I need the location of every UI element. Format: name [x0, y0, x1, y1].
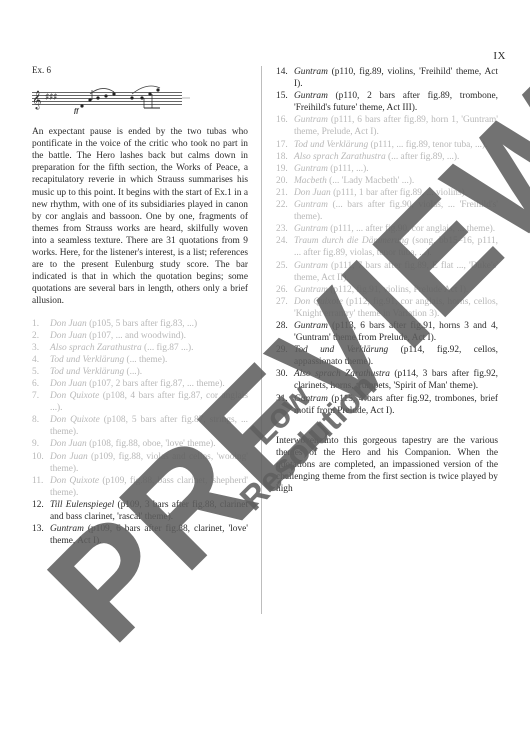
list-item: 15.Guntram (p110, 2 bars after fig.89, t…	[276, 90, 498, 114]
list-item: 26.Guntram (p112, fig.91, violins, Prelu…	[276, 284, 498, 296]
list-item: 6.Don Juan (p107, 2 bars after fig.87, .…	[32, 378, 248, 390]
intro-paragraph: An expectant pause is ended by the two t…	[32, 126, 248, 307]
list-item: 14.Guntram (p110, fig.89, violins, 'Frei…	[276, 66, 498, 90]
page-number: IX	[493, 50, 506, 62]
column-divider	[261, 66, 262, 614]
list-item: 7.Don Quixote (p108, 4 bars after fig.87…	[32, 390, 248, 414]
svg-text:♯♯♯: ♯♯♯	[45, 92, 57, 101]
music-notation-excerpt-icon: 𝄞 ♯♯♯ ff	[32, 80, 202, 114]
list-item: 11.Don Quixote (p109, fig.88, bass clari…	[32, 475, 248, 499]
quotation-list-right: 14.Guntram (p110, fig.89, violins, 'Frei…	[276, 66, 498, 417]
list-item: 8.Don Quixote (p108, 5 bars after fig.87…	[32, 414, 248, 438]
list-item: 16.Guntram (p111, 6 bars after fig.89, h…	[276, 114, 498, 138]
list-item: 18.Also sprach Zarathustra (... after fi…	[276, 151, 498, 163]
list-item: 23.Guntram (p111, ... after fig.90, cor …	[276, 223, 498, 235]
closing-paragraph: Interwoven into this gorgeous tapestry a…	[276, 435, 498, 495]
list-item: 13.Guntram (p109, 6 bars after fig.88, c…	[32, 523, 248, 547]
example-label: Ex. 6	[32, 64, 248, 76]
list-item: 10.Don Juan (p109, fig.88, violas and ce…	[32, 451, 248, 475]
list-item: 24.Traum durch die Dämmerung (song, bb15…	[276, 235, 498, 259]
list-item: 4.Tod und Verklärung (... theme).	[32, 354, 248, 366]
list-item: 25.Guntram (p111, 7 bars after fig.89, E…	[276, 260, 498, 284]
list-item: 12.Till Eulenspiegel (p109, 3 bars after…	[32, 499, 248, 523]
left-column: Ex. 6 𝄞 ♯♯♯	[32, 64, 248, 547]
list-item: 3.Also sprach Zarathustra (... fig.87 ..…	[32, 342, 248, 354]
svg-text:𝄞: 𝄞	[32, 91, 41, 110]
list-item: 1.Don Juan (p105, 5 bars after fig.83, .…	[32, 318, 248, 330]
right-column: 14.Guntram (p110, fig.89, violins, 'Frei…	[276, 66, 498, 505]
list-item: 29.Tod und Verklärung (p114, fig.92, cel…	[276, 344, 498, 368]
list-item: 28.Guntram (p113, 6 bars after fig.91, h…	[276, 320, 498, 344]
quotation-list-left: 1.Don Juan (p105, 5 bars after fig.83, .…	[32, 318, 248, 548]
list-item: 31.Guntram (p115, 4 bars after fig.92, t…	[276, 393, 498, 417]
list-item: 27.Don Quixote (p112, fig.91, cor anglai…	[276, 296, 498, 320]
list-item: 2.Don Juan (p107, ... and woodwind).	[32, 330, 248, 342]
list-item: 17.Tod und Verklärung (p111, ... fig.89,…	[276, 139, 498, 151]
list-item: 9.Don Juan (p108, fig.88, oboe, 'love' t…	[32, 438, 248, 450]
list-item: 20.Macbeth (... 'Lady Macbeth' ...).	[276, 175, 498, 187]
score-preface-page: IX Ex. 6 𝄞 ♯♯♯	[0, 0, 530, 750]
list-item: 22.Guntram (... bars after fig.90, viola…	[276, 199, 498, 223]
list-item: 5.Tod und Verklärung (...).	[32, 366, 248, 378]
list-item: 30.Also sprach Zarathustra (p114, 3 bars…	[276, 368, 498, 392]
svg-text:ff: ff	[74, 107, 79, 114]
notes-icon: 𝄞 ♯♯♯ ff	[32, 80, 202, 114]
list-item: 19.Guntram (p111, ...).	[276, 163, 498, 175]
list-item: 21.Don Juan (p111, 1 bar after fig.89, .…	[276, 187, 498, 199]
